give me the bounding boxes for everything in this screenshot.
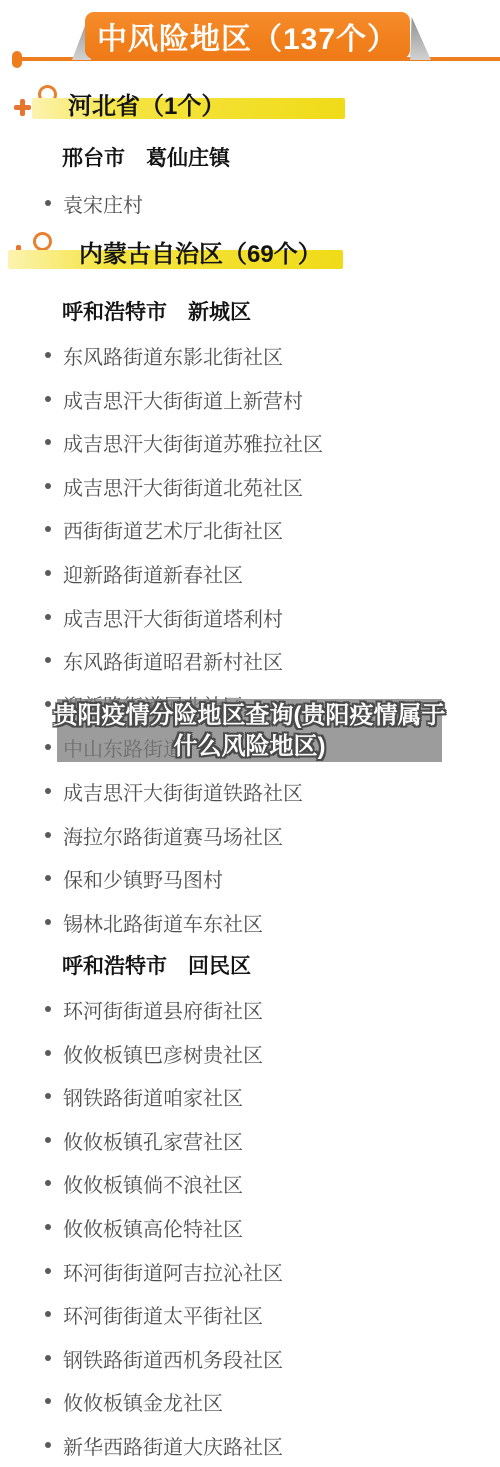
list-item: 东风路街道昭君新村社区	[0, 638, 500, 682]
list-item: 攸攸板镇孔家营社区	[0, 1118, 500, 1162]
bullet-icon	[45, 1050, 51, 1056]
city-group-title: 邢台市 葛仙庄镇	[62, 142, 230, 172]
bullet-icon	[45, 526, 51, 532]
bullet-icon	[45, 200, 51, 206]
city-group-title: 呼和浩特市 回民区	[62, 950, 251, 980]
list-item: 攸攸板镇巴彦树贵社区	[0, 1031, 500, 1075]
page-title: 中风险地区（137个）	[97, 14, 398, 58]
province-section-neimenggu: 内蒙古自治区（69个）	[0, 222, 500, 289]
bullet-icon	[45, 1355, 51, 1361]
list-item: 攸攸板镇倘不浪社区	[0, 1161, 500, 1205]
list-item: 环河街街道阿吉拉沁社区	[0, 1249, 500, 1293]
bullet-icon	[45, 439, 51, 445]
province-section-hebei: 河北省（1个）	[0, 84, 500, 135]
bullet-icon	[45, 352, 51, 358]
list-item: 海拉尔路街道赛马场社区	[0, 813, 500, 857]
article-image: 中风险地区（137个） 河北省（1个） 邢台市 葛仙庄镇 袁宋庄村 内蒙古自治区…	[0, 0, 500, 1467]
list-item: 西街街道艺术厅北街社区	[0, 507, 500, 551]
list-item: 新华西路街道大庆路社区	[0, 1423, 500, 1467]
ribbon-fold-right-icon	[410, 17, 431, 60]
watermark-line2: 什么风险地区)	[174, 731, 326, 762]
watermark-line1: 贵阳疫情分险地区查询(贵阳疫情属于	[54, 700, 446, 731]
city-group-header: 呼和浩特市 回民区	[0, 943, 500, 987]
circle-icon	[33, 232, 52, 251]
bullet-icon	[45, 919, 51, 925]
bullet-icon	[45, 1180, 51, 1186]
list-item: 攸攸板镇高伦特社区	[0, 1205, 500, 1249]
bullet-icon	[45, 1311, 51, 1317]
list-item: 钢铁路街道咱家社区	[0, 1074, 500, 1118]
list-item: 环河街街道县府街社区	[0, 987, 500, 1031]
plus-icon	[14, 99, 31, 116]
bullet-icon	[45, 875, 51, 881]
city-group-header: 邢台市 葛仙庄镇	[0, 135, 500, 179]
list-item: 锡林北路街道车东社区	[0, 900, 500, 944]
bullet-icon	[45, 1398, 51, 1404]
list-item: 环河街街道太平街社区	[0, 1292, 500, 1336]
bullet-icon	[45, 614, 51, 620]
list-item: 攸攸板镇金龙社区	[0, 1379, 500, 1423]
title-banner: 中风险地区（137个）	[85, 12, 410, 59]
bullet-icon	[45, 1093, 51, 1099]
bullet-icon	[45, 701, 51, 707]
list-item: 东风路街道东影北街社区	[0, 333, 500, 377]
province-title: 内蒙古自治区（69个）	[79, 234, 322, 269]
bullet-icon	[45, 1137, 51, 1143]
watermark-overlay: 贵阳疫情分险地区查询(贵阳疫情属于 什么风险地区)	[57, 699, 442, 762]
bullet-icon	[45, 1224, 51, 1230]
bullet-icon	[45, 483, 51, 489]
province-title: 河北省（1个）	[68, 86, 225, 121]
bullet-icon	[45, 744, 51, 750]
bullet-icon	[45, 1006, 51, 1012]
list-item: 迎新路街道新春社区	[0, 551, 500, 595]
bullet-icon	[45, 832, 51, 838]
list-item: 成吉思汗大街街道北苑社区	[0, 464, 500, 508]
city-group-title: 呼和浩特市 新城区	[62, 296, 251, 326]
list-item: 钢铁路街道西机务段社区	[0, 1336, 500, 1380]
bullet-icon	[45, 396, 51, 402]
bullet-icon	[45, 657, 51, 663]
bullet-icon	[45, 1442, 51, 1448]
list-item: 成吉思汗大街街道铁路社区	[0, 769, 500, 813]
bullet-icon	[45, 1268, 51, 1274]
list-item: 保和少镇野马图村	[0, 856, 500, 900]
list-item: 成吉思汗大街街道塔利村	[0, 595, 500, 639]
city-group-header: 呼和浩特市 新城区	[0, 289, 500, 333]
list-item: 成吉思汗大街街道上新营村	[0, 377, 500, 421]
bullet-icon	[45, 788, 51, 794]
bullet-icon	[45, 570, 51, 576]
list-item: 成吉思汗大街街道苏雅拉社区	[0, 420, 500, 464]
list-item: 袁宋庄村	[0, 181, 500, 225]
line-start-dot-icon	[12, 51, 22, 68]
